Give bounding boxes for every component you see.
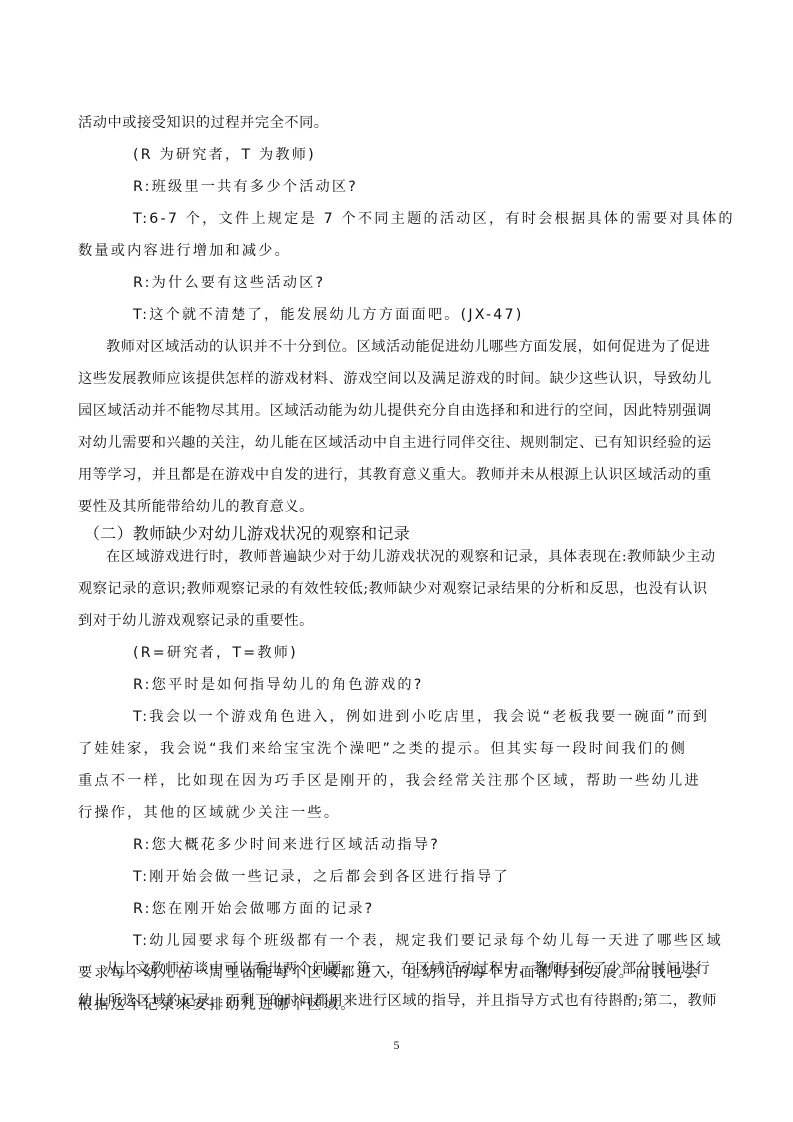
paragraph-line: 活动中或接受知识的过程并完全不同。 xyxy=(78,114,718,132)
section-heading: （二）教师缺少对幼儿游戏状况的观察和记录 xyxy=(84,524,410,544)
paragraph-line: 幼儿所选区域的记录，而剩下的时间都用来进行区域的指导，并且指导方式也有待斟酌;第… xyxy=(78,992,718,1010)
document-page: 活动中或接受知识的过程并完全不同。 (R 为研究者，T 为教师) R:班级里一共… xyxy=(0,0,793,1122)
paragraph-line: 要性及其所能带给幼儿的教育意义。 xyxy=(78,498,718,516)
interview-answer: T:幼儿园要求每个班级都有一个表，规定我们要记录每个幼儿每一天进了哪些区域 xyxy=(133,932,773,950)
paragraph-line: 观察记录的意识;教师观察记录的有效性较低;教师缺少对观察记录结果的分析和反思，也… xyxy=(78,580,718,598)
paragraph-line: 对幼儿需要和兴趣的关注，幼儿能在区域活动中自主进行同伴交往、规则制定、已有知识经… xyxy=(78,434,718,452)
interview-answer: T:6-7 个，文件上规定是 7 个不同主题的活动区，有时会根据具体的需要对具体… xyxy=(133,210,773,228)
interview-question: R:您平时是如何指导幼儿的角色游戏的? xyxy=(133,676,773,694)
interview-answer-cont: 了娃娃家，我会说“我们来给宝宝洗个澡吧”之类的提示。但其实每一段时间我们的侧 xyxy=(78,740,718,758)
interview-legend: (R 为研究者，T 为教师) xyxy=(133,146,773,164)
interview-question: R:班级里一共有多少个活动区? xyxy=(133,178,773,196)
paragraph-line: 到对于幼儿游戏观察记录的重要性。 xyxy=(78,612,718,630)
interview-question: R:为什么要有这些活动区? xyxy=(133,274,773,292)
paragraph-line: 用等学习，并且都是在游戏中自发的进行，其教育意义重大。教师并未从根源上认识区域活… xyxy=(78,466,718,484)
interview-answer: T:这个就不清楚了，能发展幼儿方方面面吧。(JX-47) xyxy=(133,306,773,324)
paragraph-line: 这些发展教师应该提供怎样的游戏材料、游戏空间以及满足游戏的时间。缺少这些认识，导… xyxy=(78,370,718,388)
paragraph-line: 从上文教师访谈中可以看出两个问题，第一，在区域活动过程中，教师只花了少部分时间进… xyxy=(106,960,746,978)
interview-answer: T:刚开始会做一些记录，之后都会到各区进行指导了 xyxy=(133,868,773,886)
interview-answer: T:我会以一个游戏角色进入，例如进到小吃店里，我会说“老板我要一碗面”而到 xyxy=(133,708,773,726)
interview-answer-cont: 数量或内容进行增加和减少。 xyxy=(78,242,718,260)
interview-answer-cont: 重点不一样，比如现在因为巧手区是刚开的，我会经常关注那个区域，帮助一些幼儿进 xyxy=(78,772,718,790)
paragraph-line: 园区域活动并不能物尽其用。区域活动能为幼儿提供充分自由选择和和进行的空间，因此特… xyxy=(78,402,718,420)
paragraph-line: 教师对区域活动的认识并不十分到位。区域活动能促进幼儿哪些方面发展，如何促进为了促… xyxy=(106,338,746,356)
page-number: 5 xyxy=(0,1038,793,1053)
interview-question: R:您在刚开始会做哪方面的记录? xyxy=(133,900,773,918)
interview-question: R:您大概花多少时间来进行区域活动指导? xyxy=(133,836,773,854)
interview-legend: (R=研究者，T=教师) xyxy=(133,644,773,662)
interview-answer-cont: 行操作，其他的区域就少关注一些。 xyxy=(78,804,718,822)
paragraph-line: 在区域游戏进行时，教师普遍缺少对于幼儿游戏状况的观察和记录，具体表现在:教师缺少… xyxy=(106,548,746,566)
